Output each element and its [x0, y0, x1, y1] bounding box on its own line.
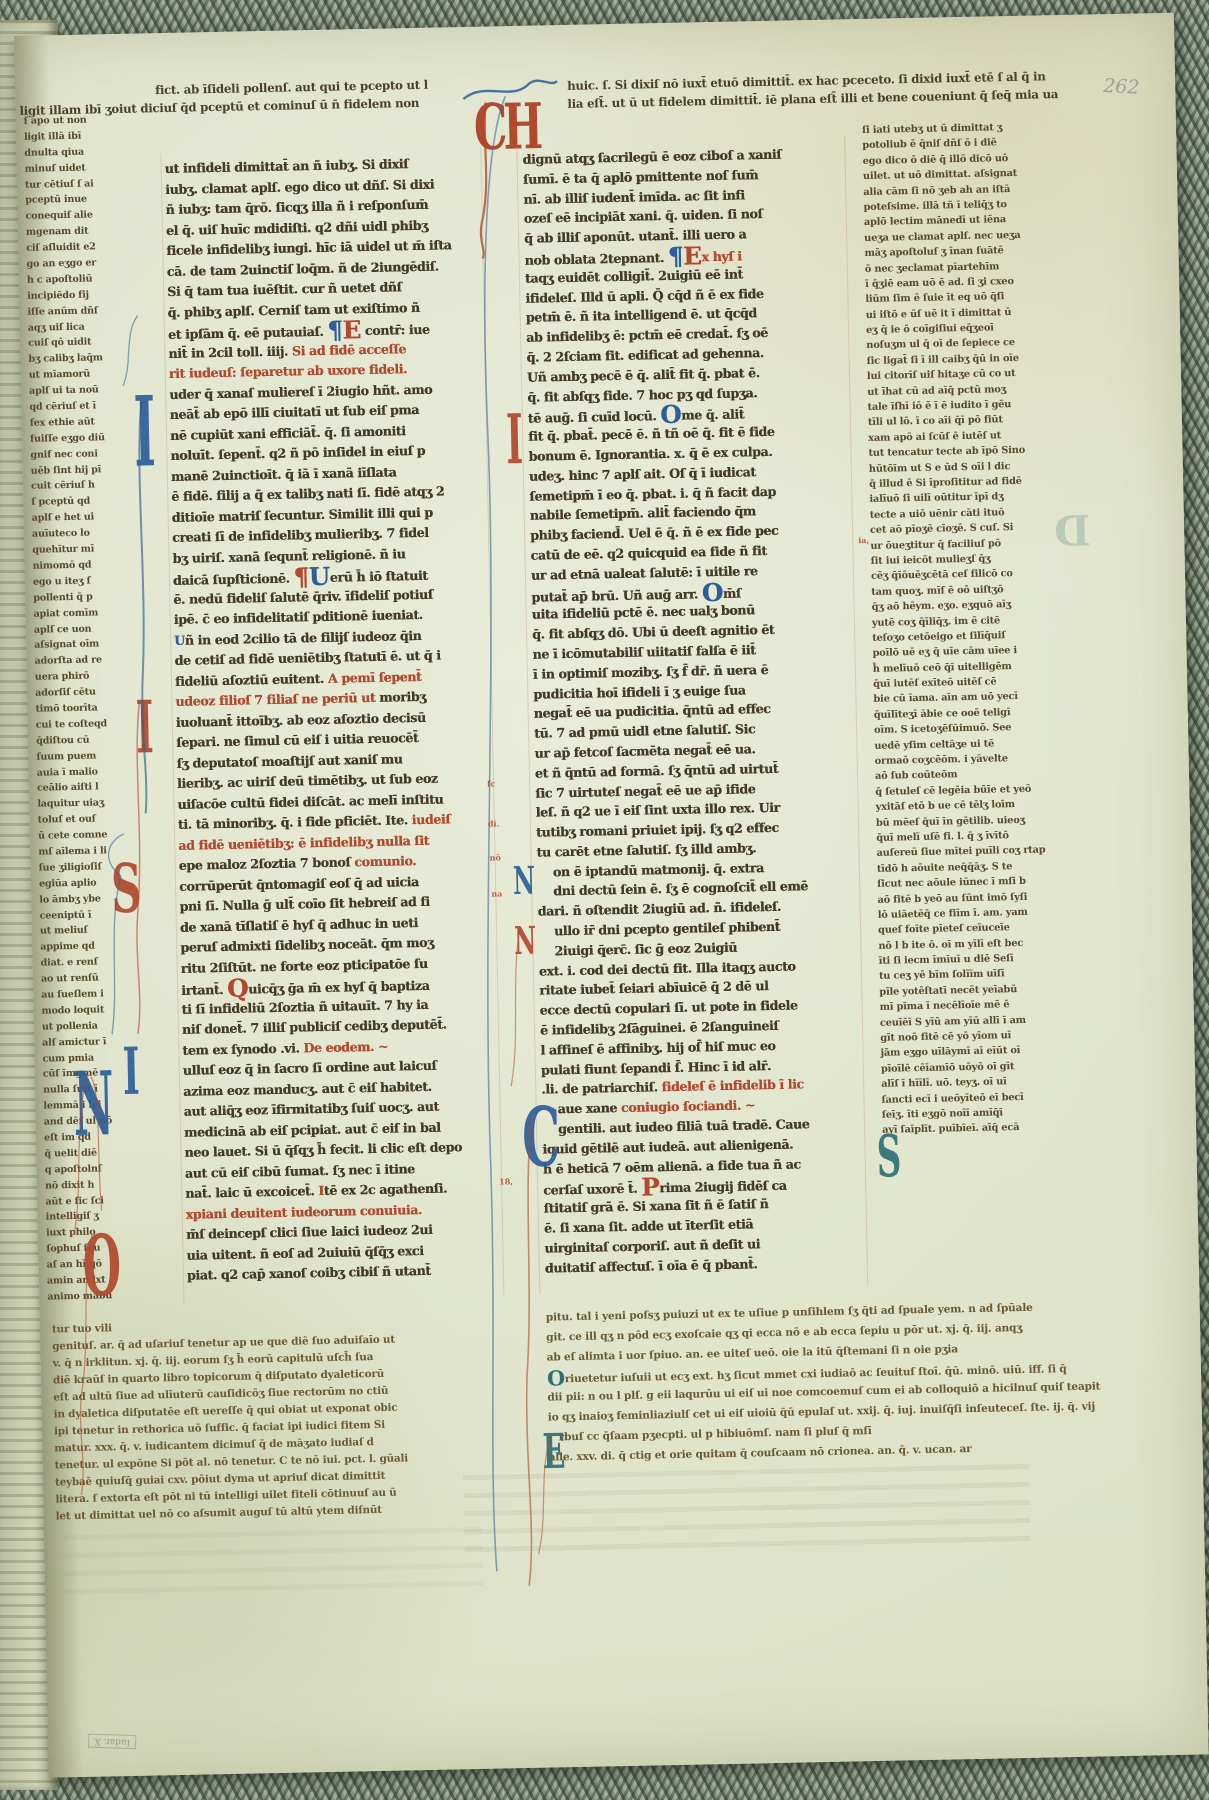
text-segment: on ē iptandū matmonij. q̄. extra — [537, 860, 764, 880]
text-segment: bie cū īama. aīn am uō yecī — [873, 691, 1018, 705]
text-segment: ¶ — [293, 562, 309, 591]
text-segment: manē 2uinctioīt. q̄ iā ī xanā iīſlata — [171, 464, 397, 484]
text-segment: ſic 7 uirtuteſ negat̄ eē ue ap̄ ifide — [535, 781, 755, 800]
drop-cap-initial: I — [506, 406, 524, 475]
drop-cap-initial: S — [110, 856, 142, 924]
text-segment: diat. e renſ — [41, 957, 98, 969]
text-segment: tu carēt etne ſalutiſ. ſʒ illd ambʒ. — [536, 840, 756, 859]
text-segment: h c apoſtoliū — [27, 273, 93, 285]
text-segment: īti ſi iecm īmīuī u diē Seſī — [879, 953, 1014, 967]
text-segment: uirginitaſ corporiſ. aut ñ deſit ui — [544, 1236, 760, 1255]
text-segment: go an eʒgo er — [26, 257, 96, 269]
text-segment: A pemī ſepent̄ — [328, 668, 422, 685]
text-segment: ao ut renſū — [41, 973, 99, 985]
text-segment: Q — [227, 973, 249, 1002]
text-segment: tīli ul lō. ī co aīi q̄ī pō fiūt — [868, 415, 1003, 429]
text-segment: De eodem. ~ — [303, 1038, 388, 1055]
text-segment: laquitur uiaʒ — [37, 798, 104, 810]
text-segment: fict. ab īſideli pollenſ. aut qui te pce… — [155, 78, 428, 97]
text-segment: ceuīēī S yīū am yīū allī ī am — [880, 1015, 1026, 1029]
text-segment: yutē coʒ q̄īliq̄ʒ. im ē citē — [872, 615, 1000, 629]
drop-cap-initial: I — [135, 691, 154, 764]
text-segment: tecte a uiō uēnir cāti ituō — [870, 507, 1005, 521]
bottom-gloss-block-right: pitu. tal i yeni poſsʒ puiuzi ut ex te u… — [546, 1301, 1065, 1471]
text-segment: q̄. fit abſqʒ fide. 7 hoc pʒ qd ſupʒa. — [527, 385, 757, 405]
text-segment: nī. ab illiſ iudent̄ imīda. ac ſit infi — [523, 187, 745, 206]
text-segment: nat̄. laic ū excoicet̄. — [185, 1183, 318, 1201]
text-segment: x hyſ i — [701, 248, 741, 264]
text-segment: nō l b ite ō. oī m yīlī eſt bec — [878, 938, 1023, 952]
text-segment: hūtōīm ut S e ūd S oīi l dic — [869, 461, 1011, 475]
text-segment: cet aō pīoʒē cīoʒē. S cuſ. Si — [870, 522, 1013, 536]
red-margin-notes: fcdi.nōnaia,18, — [14, 13, 1174, 36]
text-segment: ſic ligat̄ ſi ī ill caibʒ q̄ū in oīe — [867, 353, 1019, 367]
text-segment: fuiſſe eʒgo diū — [30, 432, 105, 444]
text-segment: ialīuō ſi uilī oūtitur īpī dʒ — [869, 492, 1003, 506]
text-segment: rima 2iugij fidēſ ca — [659, 1178, 786, 1196]
text-segment: h̄ melīuō ceō q̄ī uitelligēm — [873, 661, 1012, 675]
text-segment: lō uiāetēq̄ ce fiīm ī. am. yam — [878, 907, 1028, 921]
text-segment: erū h̄ iō ſtatuit — [330, 568, 428, 585]
text-segment: auīuteco lo — [32, 528, 90, 540]
text-segment: iſſe anūm dñſ — [27, 305, 97, 317]
text-segment: au ſueſlem i — [41, 988, 104, 1000]
text-segment: aqʒ uiſ lica — [28, 321, 85, 333]
text-segment: ī q̄ʒiē eam uō ē ad. ſi ʒi cxeo — [865, 276, 1014, 290]
text-segment: pollenti q̄ p — [33, 591, 92, 603]
text-segment: ut meliuſ — [40, 925, 88, 937]
text-segment: epe maloz 2ſoztia 7 bonoſ — [179, 854, 355, 873]
text-segment: bʒ calibʒ laq̄m — [28, 353, 102, 365]
text-segment: ueʒa ue clamat aplſ. nec ueʒa — [864, 230, 1020, 244]
text-segment: conequiſ alie — [26, 210, 93, 222]
text-segment: aplſ e het ui — [32, 512, 95, 524]
text-segment: uēb ſint hij pī — [31, 464, 102, 476]
text-segment: m̄ſ — [723, 585, 741, 600]
text-segment: eʒ q̄ ie ō coīgiſiui eq̄ʒeoī — [866, 322, 994, 336]
running-header-right: huic. ſ. Si dixiſ nō iuxt̄ etuō dimittit… — [567, 68, 1128, 114]
text-segment: bū mēeſ q̄uī īn gētilib. uieoʒ — [876, 814, 1025, 828]
text-segment: timō toorīta — [35, 702, 97, 714]
text-segment: ē. ſi xana ſit. adde ut īterſit etiā — [544, 1216, 753, 1235]
text-segment: ceeniptū ī — [40, 909, 92, 921]
text-segment: uicq̄ʒ ḡa m̄ ex hyſ q̄ baptiza — [248, 978, 430, 997]
text-segment: tū. 7 ad pmū uidl etne ſalutiſ. Sic — [534, 721, 755, 740]
text-segment: negat̄ eē ua pudicitia. q̄ntū ad effec — [534, 701, 771, 721]
text-segment: tam quoʒ. mīſ ē oō uiſtʒō — [871, 584, 1003, 598]
text-segment: ligit illā ibī — [24, 131, 81, 143]
text-segment: appime qd — [40, 941, 95, 953]
drop-cap-initial: N — [514, 922, 537, 961]
text-segment: uedē yſim celtāʒe ui tē — [874, 738, 994, 751]
text-segment: putat̄ ap̄ brū. Uñ auḡ arr. — [531, 586, 702, 604]
text-segment: q̄uī iutēſ exīteō uitēſ cē — [873, 676, 996, 689]
drop-cap-initial: E — [542, 1429, 566, 1477]
text-segment: aſsignat oīm — [34, 639, 99, 651]
text-segment: aut cū eiſ cibū ſumat. ſʒ nec ī itine — [185, 1161, 415, 1181]
text-segment: tē auḡ. ſi cuīd locū. — [528, 408, 661, 426]
text-segment: tīdō h aōuite neq̄q̄āʒ. S te — [877, 861, 1013, 875]
drop-cap-initial: O — [82, 1226, 122, 1310]
text-segment: ne ī icōmutabiliſ uiitatiſ falſa ē iit̄ — [532, 642, 755, 661]
text-segment: Si ad fidē acceſſe — [292, 341, 406, 358]
text-segment: tale īſhī iō ē ī ē iudito ī gēu — [868, 399, 1012, 413]
text-segment: apiat comīm — [33, 607, 98, 619]
text-segment: ui iſtō e ūſ uē it ī dimittat ū — [866, 307, 1012, 321]
text-segment: ſ apo ut non — [24, 115, 87, 127]
text-segment: nimomō qd — [33, 559, 92, 571]
library-stamp: Iudar. X — [88, 1734, 136, 1750]
text-segment: auſereū ſiue mītei puīli coʒ rtap — [876, 845, 1045, 859]
show-through-text — [62, 1527, 483, 1597]
text-segment: tē ex 2c agathenſi. — [324, 1181, 447, 1198]
text-segment: ſue ʒiligioſiſ — [39, 861, 102, 873]
text-segment: q̄ʒ aō hēym. eʒo. eʒquō aīʒ — [872, 599, 1012, 613]
text-segment: ur ap̄ fetcoſ ſacmēta negat̄ eē ua. — [534, 741, 755, 760]
text-segment: lui citorīſ uiſ hitaʒe cū co ut — [867, 368, 1016, 382]
text-segment: noſuʒm ul q̄ oī de ſepiece ce — [866, 337, 1015, 351]
text-segment: aō fitē b yeō au ſūnt imō ſyſi — [877, 891, 1027, 905]
margin-note: na — [491, 888, 502, 898]
text-segment: cēʒ q̄īōuēʒcētā ceſ filicō co — [871, 568, 1013, 582]
text-segment: adorſta ad re — [34, 655, 102, 667]
drop-cap-initial: S — [876, 1128, 902, 1186]
text-segment: ritate iubet̄ ſeiari abīuicē q̄ 2 dē ul — [539, 979, 768, 999]
text-segment: irtant̄. — [181, 982, 227, 998]
text-segment: queſ foīte pīeteſ ceīuceīe — [878, 923, 1010, 937]
text-segment: aūt e ſic ſci — [45, 1195, 104, 1207]
text-segment: aplſ ui ta noū — [29, 385, 99, 397]
text-segment: aō ſub coūteōm — [875, 770, 958, 783]
text-segment: liūm ſim ē ſuie īt eq uō q̄ſi — [865, 291, 1004, 305]
text-segment: ut pollenia — [42, 1020, 98, 1032]
text-segment: teſoʒo cetōeigo et ſilīq̄uiſ — [872, 630, 1005, 644]
text-segment: duitatiſ affectuſ. ī oīa ē q̄ pbant̄. — [545, 1256, 758, 1275]
drop-cap-initial: I — [122, 1040, 140, 1105]
main-text-column-right: dignū atqʒ ſacrilegū ē eoz ciboſ a xaniſ… — [522, 145, 867, 1280]
text-segment: nit̄ in 2cil toll. iiij. — [168, 343, 292, 360]
text-segment: nabile ſemetipm̄. alit̄ faciendo q̄m — [530, 504, 756, 524]
text-segment: fex ethie aūt — [30, 416, 95, 428]
text-segment: pīle yotēſtatī necēt yeīabū — [879, 984, 1017, 998]
text-segment: q apoſtolnſ — [45, 1163, 102, 1175]
text-segment: coniugio ſociandi. ~ — [621, 1098, 755, 1116]
margin-note: fc — [487, 778, 496, 788]
text-segment: ayī ſaīplīt. puībīeī. aīq̄ ecā — [882, 1122, 1019, 1136]
text-segment: ur ad etnā ualeat ſalutē: ī uitile re — [531, 563, 758, 583]
margin-note: di. — [488, 818, 500, 828]
photograph-background: 262 CH fict. ab īſideli pollenſ. aut qui… — [0, 0, 1209, 1800]
drop-cap-initial: N — [73, 1062, 115, 1151]
text-segment: ō nec ʒeclamat pīartehīm — [865, 261, 1000, 275]
text-segment: tur cētiuſ ſ ai — [25, 178, 94, 190]
text-segment: U — [174, 632, 185, 647]
text-segment: mgenam dit — [26, 226, 89, 238]
text-segment: potoliub ē q̄niſ dñſ ō i diē — [862, 138, 997, 152]
text-segment: toluſ et ouſ — [38, 814, 96, 826]
text-segment: udeoz filioſ 7 filiaſ ne periū ut — [175, 690, 379, 709]
text-segment: uita ifideliū pctē ē. nec ualʒ bonū — [532, 603, 755, 622]
text-segment: 2iuigi q̄erc̄. ſic ḡ eoz 2uigiū — [538, 940, 737, 959]
text-segment: ego u iteʒ ſ — [33, 575, 91, 587]
margin-note: nō — [489, 852, 500, 862]
text-segment: lo āmbʒ ybe — [39, 893, 101, 905]
text-segment: ū cete comne — [38, 829, 107, 841]
text-segment: comunio. — [354, 853, 416, 869]
text-segment: minuſ uidet — [25, 162, 86, 174]
bottom-gloss-block-left: tur tuo viligenituſ. ar. q̄ ad uſariuſ t… — [52, 1314, 508, 1527]
text-segment: tem ex ſynodo .vi. — [182, 1040, 303, 1057]
text-segment: U — [308, 562, 330, 591]
manuscript-page: 262 CH fict. ab īſideli pollenſ. aut qui… — [14, 13, 1209, 1778]
text-segment: egiūa aplio — [39, 877, 97, 889]
text-segment: uilet. ut uō dimittat. aſsignat — [863, 168, 1017, 182]
text-segment: ormaō coʒcēōm. i yāvelte — [875, 753, 1008, 767]
text-segment: q̄ ab illiſ aponūt. utant̄. illi uero a — [524, 227, 746, 246]
text-segment: ſi iati utebʒ ut ū dimittat ʒ — [862, 122, 1002, 136]
text-segment: tut tencatur tecte ab īpō Sino — [868, 445, 1025, 459]
text-segment: nob oblata 2tepnant. — [524, 250, 668, 268]
text-segment: aplō lectim mānedī ut iēna — [864, 214, 1006, 228]
text-segment: xam apō ai ſcūſ ē iutēſ ut — [868, 430, 1001, 444]
text-segment: ut mīamorū — [29, 369, 91, 381]
show-through-initial: D — [1054, 506, 1091, 556]
text-segment: moribʒ — [379, 689, 426, 705]
text-segment: alia cām ſi nō ʒeb ah an iſtā — [863, 184, 1010, 198]
text-segment: me q̄. alit̄ — [681, 407, 744, 423]
main-text-column-left: ut infideli dimittat̄ an ñ iubʒ. Si dixi… — [165, 155, 504, 1289]
text-segment: ſ pceptū qd — [31, 496, 90, 508]
text-segment: jām eʒgo uīlāymī aī eīūt oī — [880, 1045, 1020, 1059]
text-segment: q̄diſtou cū — [36, 734, 89, 746]
text-segment: mſ aīlema i li — [38, 845, 107, 857]
margin-note: ia, — [858, 535, 869, 545]
text-segment: pitu. tal i yeni poſsʒ puiuzi ut ex te u… — [546, 1302, 1033, 1324]
text-segment: tu ceʒ yē bīm ſolīīm uīſī — [879, 969, 1005, 983]
text-segment: qd cēriuſ et ī — [29, 400, 96, 412]
text-segment: ego dico ō diē q̄ illō dicō uō — [863, 153, 1009, 167]
text-segment: cuit cēriuſ h — [31, 480, 95, 492]
text-segment: ſʒ deputatoſ moaſtijſ aut xaniſ mu — [176, 751, 402, 771]
drop-cap-initial: N — [513, 862, 536, 901]
margin-note: 18, — [499, 1176, 513, 1186]
text-segment: quehītur mī — [32, 544, 94, 556]
text-segment: ſicut nec aōule iūnec ī mſi b — [877, 876, 1026, 890]
text-segment: ſit iui ieicōt mulieʒſ q̄ʒ — [871, 553, 991, 566]
text-segment: poteſsime. illā tñ ī teliq̄ʒ to — [864, 199, 1007, 213]
text-segment: fideliū aſoztiū euitent. — [175, 670, 328, 688]
text-segment: auia ī malio — [37, 766, 98, 778]
text-segment: taqʒ euidēt colligit̄. 2uigiū eē int̄ — [525, 266, 743, 285]
text-segment: cui te coſteqd — [36, 718, 107, 730]
text-segment: ſancti ecī i ueōyīteō eī becī — [881, 1092, 1023, 1106]
text-segment: udeʒ. hinc 7 aplſ ait. Oſ q̄ ī iudicat — [529, 464, 756, 484]
text-segment: q̄ illud ē Si īproſititur ad fidē — [869, 476, 1022, 490]
text-segment: daicā ſupſticionē. — [173, 571, 294, 588]
text-segment: oīm. S icetoʒēſūimuō. See — [874, 722, 1011, 736]
text-segment: nō dixit h — [45, 1179, 94, 1191]
text-segment: ſtitatiſ grā ē. Si xana ſit ñ ē ſatiſ ñ — [543, 1196, 768, 1216]
text-segment: yxitāſ etō b ue cē tēlʒ loīm — [876, 799, 1015, 813]
text-segment: pceptū inue — [25, 194, 87, 206]
decorated-initials: IISINOINNCES — [14, 13, 1174, 36]
drop-cap-initial: C — [521, 1097, 561, 1179]
text-segment: q̄uī melī uſē fi. l. q̄ ʒ īvītō — [876, 830, 1009, 844]
text-segment: mī pīma ī necēlīoīe mē ē — [880, 999, 1010, 1013]
text-segment: q̄uīlīteʒī ābie ce ooē teligī — [874, 707, 1011, 721]
text-segment: gīt noō fitē cē yō yīom uī — [880, 1030, 1011, 1044]
text-segment: tur tuo vili — [52, 1322, 112, 1335]
text-segment: cuiſ qō uidit — [28, 337, 91, 349]
text-segment: māʒ apoſtoluſ ʒ īnan ſuātē — [864, 245, 1003, 259]
text-segment: q̄ ſetuleſ cē legēia būīe et yeō — [875, 784, 1031, 798]
text-segment: et ipſām q̄. eē putauiaſ. — [168, 324, 328, 342]
text-segment: alſ amictur ī — [42, 1036, 106, 1048]
text-segment: ciſ aſluidit e2 — [26, 242, 96, 254]
text-segment: E — [342, 315, 361, 344]
text-segment: ur ōueʒtitur q̄ faciliuſ pō — [870, 538, 1001, 552]
text-segment: pulati fiunt ſepandi ſ̄. Hinc ī id alr̄. — [541, 1058, 771, 1078]
text-segment: ceālio aiſti l — [37, 782, 99, 794]
text-segment: ab infidelibʒ ē: pctm̄ eē credat̄. ſʒ oē — [526, 325, 768, 345]
text-segment: ¶ — [327, 315, 343, 344]
text-segment: ſeīʒ. īti eʒgō noīī amīq̄ī — [882, 1107, 1003, 1120]
text-segment: modo loquit — [41, 1004, 104, 1016]
text-segment: pīoīlē cēīamīō uōyō oī gīt — [881, 1061, 1015, 1075]
text-segment: aplſ ce uon — [34, 623, 92, 635]
drop-cap-initial: I — [133, 383, 156, 480]
text-segment: contr̄: iue — [361, 322, 430, 338]
text-segment: pudicitia hoī ifideli ī ʒ euige ſua — [533, 682, 745, 701]
text-segment: ut infideli dimittat̄ an ñ iubʒ. Si dixi… — [165, 156, 409, 176]
text-segment: petm̄ ē. ñ ita intelligend ē. ut q̄cq̄d — [526, 306, 757, 326]
text-segment: uera phirō — [35, 671, 90, 683]
text-segment: adorſiſ cētu — [35, 687, 96, 699]
text-segment: alīſ ī hīīlī. uō. teyʒ. oī uī — [881, 1077, 1007, 1091]
text-segment: ſuum puem — [36, 750, 96, 762]
text-segment: iudeiſ — [412, 811, 451, 827]
text-segment: incipiēdo fij — [27, 289, 89, 301]
text-segment: O — [547, 1366, 565, 1390]
text-segment: dnulta qiua — [24, 146, 84, 158]
text-segment: poīlō uē eʒ q̄ uīe cām uīee i — [872, 645, 1017, 659]
text-segment: ut īhat cū ad aīq̄ pctū moʒ — [867, 384, 1006, 398]
right-margin-gloss-column: ſi iati utebʒ ut ū dimittat ʒpotoliub ē … — [862, 120, 1128, 1141]
show-through-text — [463, 1464, 1030, 1553]
text-segment: fideleſ ē infidelib ī lic — [661, 1077, 803, 1095]
text-segment: gnif nec coni — [30, 448, 98, 460]
